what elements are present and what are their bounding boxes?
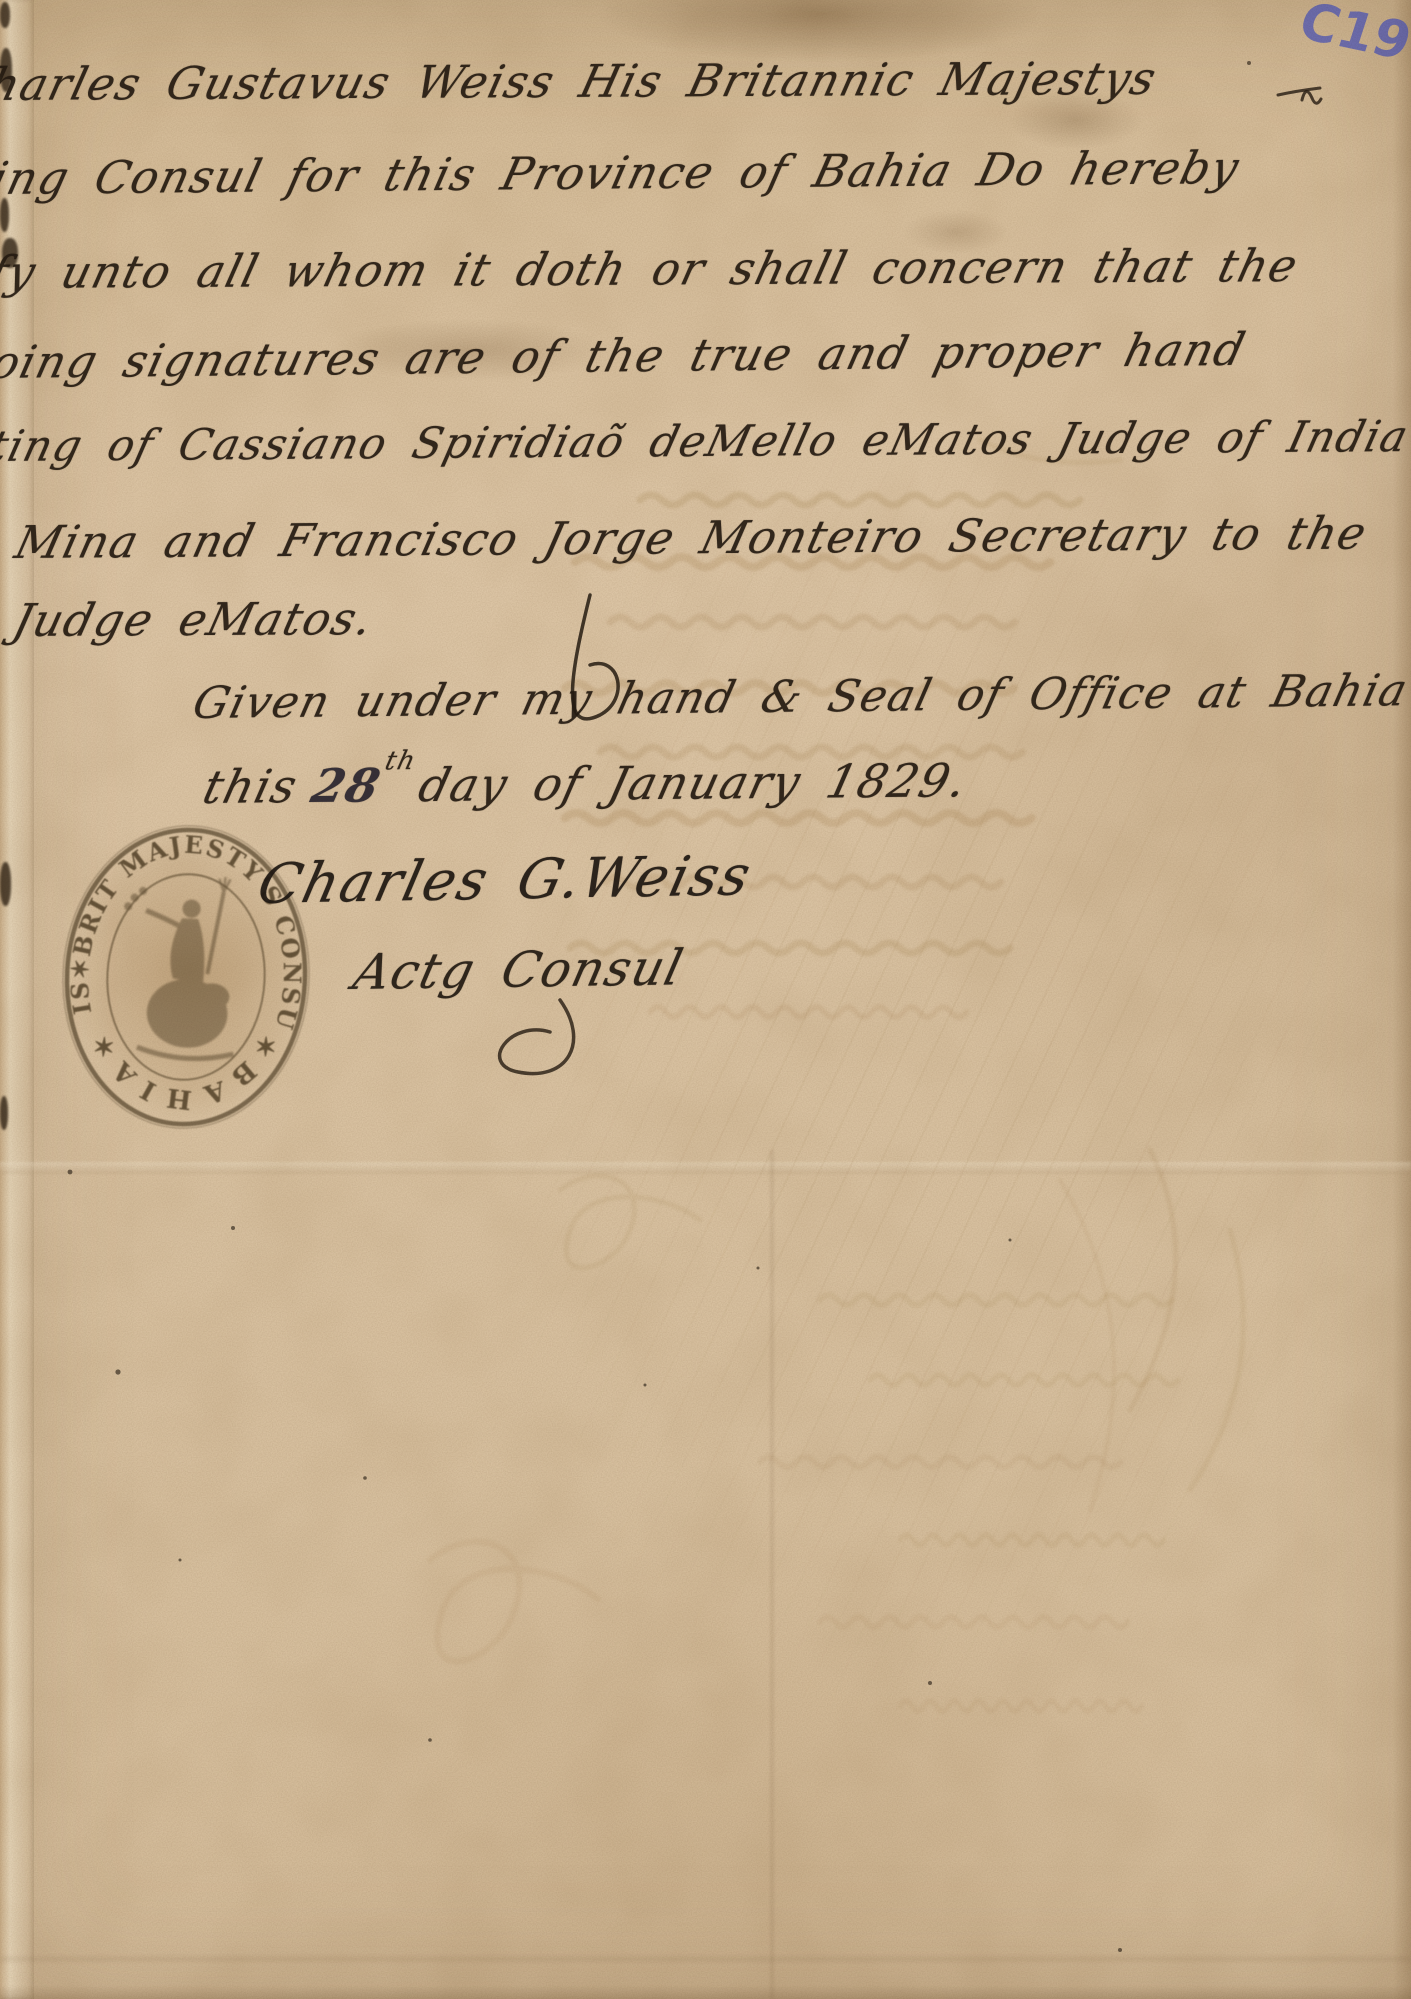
page-left-edge bbox=[0, 0, 34, 1999]
page-bottom-edge bbox=[0, 1985, 1411, 1999]
date-day: 28 bbox=[306, 758, 386, 813]
paper-texture bbox=[470, 380, 1390, 1740]
edge-chip bbox=[0, 2, 10, 28]
date-line: this28thday of January 1829. bbox=[198, 753, 973, 814]
signature-name: Charles G.Weiss bbox=[252, 843, 758, 916]
manuscript-line-2: ing Consul for this Province of Bahia Do… bbox=[0, 141, 1245, 205]
signature-title: Actg Consul bbox=[348, 939, 689, 1001]
manuscript-page: HIS✶BRIT MAJESTY'S CONSUL ✶BAHIA✶ harles… bbox=[0, 0, 1411, 1999]
manuscript-line-5: ting of Cassiano Spiridiaõ deMello eMato… bbox=[0, 412, 1411, 472]
archival-corner-mark: C19 bbox=[1292, 0, 1411, 72]
manuscript-line-1: harles Gustavus Weiss His Britannic Maje… bbox=[0, 52, 1162, 111]
date-ordinal: th bbox=[382, 746, 419, 776]
manuscript-line-7: Judge eMatos. bbox=[8, 592, 379, 647]
manuscript-line-6: Mina and Francisco Jorge Monteiro Secret… bbox=[10, 506, 1373, 569]
seated-britannia-icon bbox=[116, 872, 242, 1061]
date-prefix: this bbox=[198, 759, 303, 814]
edge-chip bbox=[0, 1096, 8, 1130]
horizontal-crease bbox=[0, 1956, 1411, 1962]
manuscript-line-3: fy unto all whom it doth or shall concer… bbox=[0, 239, 1304, 299]
page-right-edge bbox=[1393, 0, 1411, 1999]
edge-chip bbox=[0, 862, 11, 906]
date-suffix: day of January 1829. bbox=[414, 753, 974, 812]
